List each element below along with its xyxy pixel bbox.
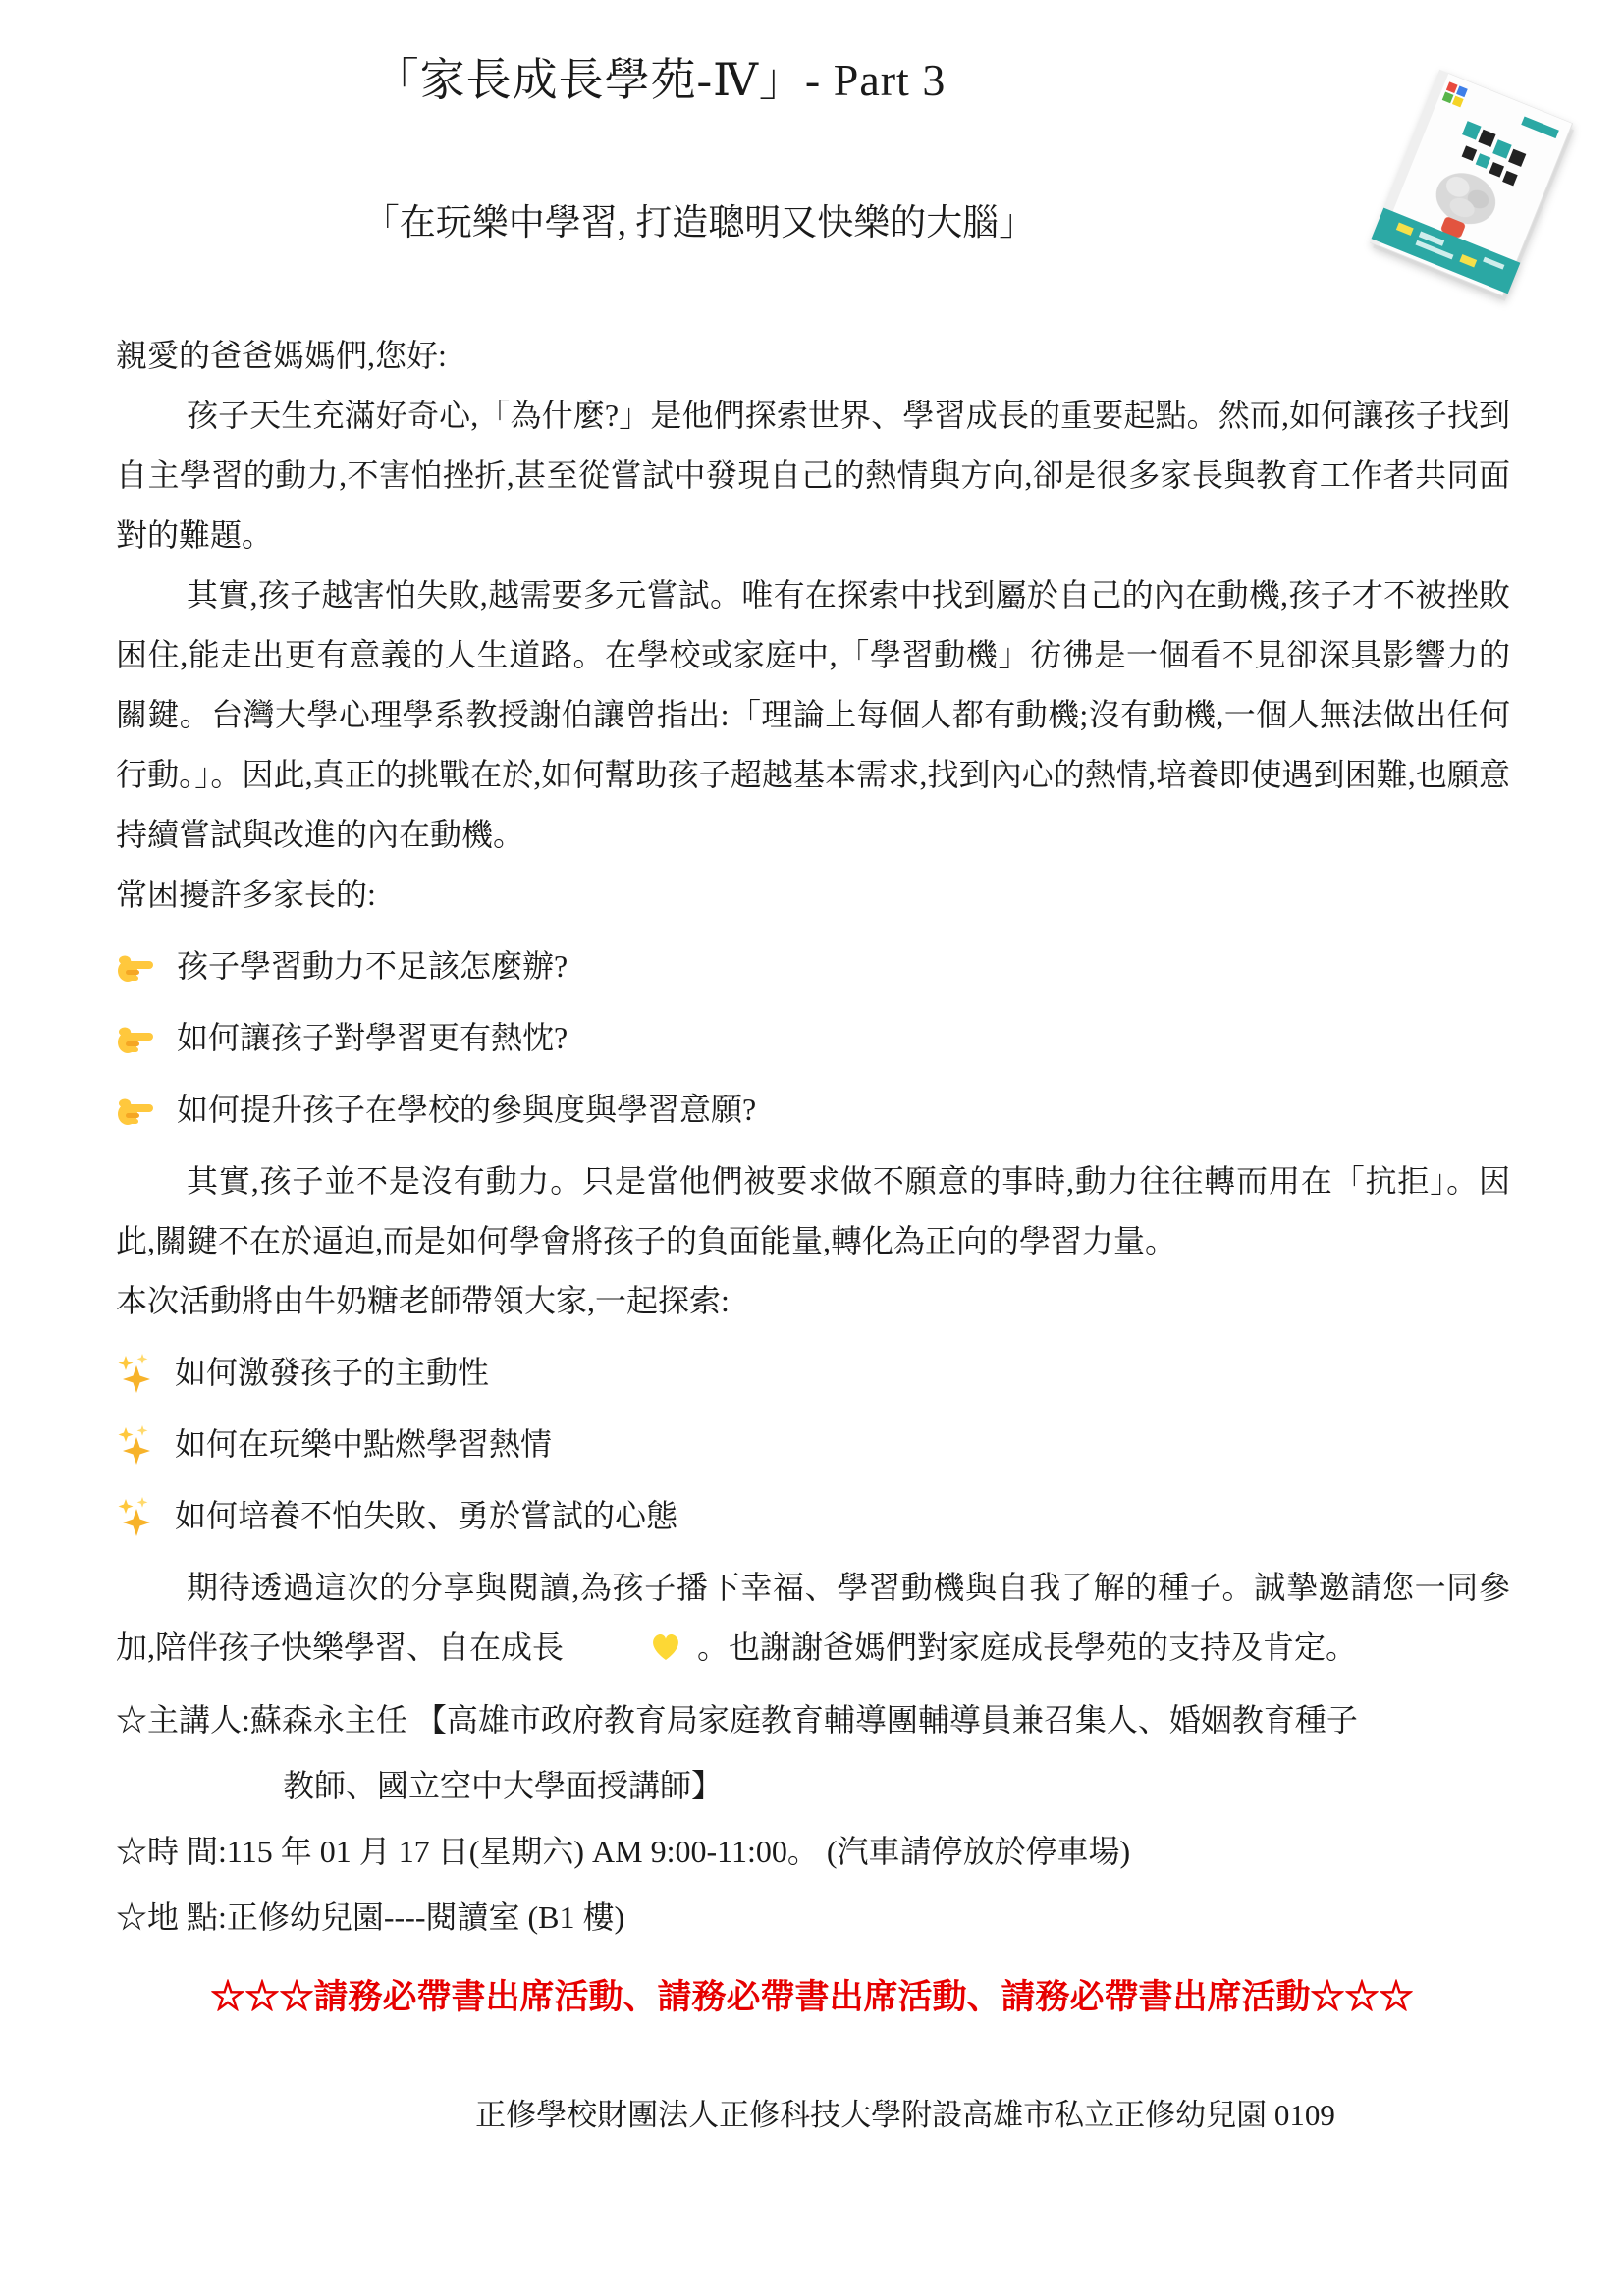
concern-item: 如何讓孩子對學習更有熱忱? [116,1008,1510,1068]
concern-text: 孩子學習動力不足該怎麼辦? [177,936,568,996]
explore-item: 如何激發孩子的主動性 [116,1343,1510,1403]
paragraph-resistance: 其實,孩子並不是沒有動力。只是當他們被要求做不願意的事時,動力往往轉而用在「抗拒… [116,1151,1510,1271]
explore-item: 如何在玩樂中點燃學習熱情 [116,1415,1510,1474]
explore-text: 如何培養不怕失敗、勇於嘗試的心態 [175,1486,677,1546]
flyer-page: 「家長成長學苑-Ⅳ」- Part 3 「在玩樂中學習, 打造聰明又快樂的大腦」 … [0,0,1624,2296]
pointing-right-hand-icon [116,948,155,986]
explore-intro-line: 本次活動將由牛奶糖老師帶領大家,一起探索: [116,1271,1510,1331]
explore-text: 如何激發孩子的主動性 [175,1343,489,1403]
place-line: ☆地 點:正修幼兒園----閱讀室 (B1 樓) [116,1885,1510,1950]
concern-item: 如何提升孩子在學校的參與度與學習意願? [116,1080,1510,1140]
sparkles-icon [116,1423,153,1467]
explore-text: 如何在玩樂中點燃學習熱情 [175,1415,552,1474]
paragraph-motivation: 其實,孩子越害怕失敗,越需要多元嘗試。唯有在探索中找到屬於自己的內在動機,孩子才… [116,565,1510,865]
sparkles-icon [116,1495,153,1538]
page-title: 「家長成長學苑-Ⅳ」- Part 3 [0,0,1624,110]
pointing-right-hand-icon [116,1020,155,1057]
concern-text: 如何讓孩子對學習更有熱忱? [177,1008,568,1068]
paragraph-curiosity: 孩子天生充滿好奇心,「為什麼?」是他們探索世界、學習成長的重要起點。然而,如何讓… [116,386,1510,565]
concern-item: 孩子學習動力不足該怎麼辦? [116,936,1510,996]
explore-item: 如何培養不怕失敗、勇於嘗試的心態 [116,1486,1510,1546]
event-details: ☆主講人:蘇森永主任 【高雄市政府教育局家庭教育輔導團輔導員兼召集人、婚姻教育種… [116,1687,1510,1950]
yellow-heart-icon [577,1622,683,1682]
sparkles-icon [116,1352,153,1395]
letter-body: 親愛的爸爸媽媽們,您好: 孩子天生充滿好奇心,「為什麼?」是他們探索世界、學習成… [116,326,1510,1682]
speaker-line-continued: 教師、國立空中大學面授講師】 [116,1753,1510,1819]
bring-book-notice: ☆☆☆請務必帶書出席活動、請務必帶書出席活動、請務必帶書出席活動☆☆☆ [0,1976,1624,2019]
concerns-intro-line: 常困擾許多家長的: [116,865,1510,925]
organization-footer: 正修學校財團法人正修科技大學附設高雄市私立正修幼兒園 0109 [0,2090,1624,2134]
time-line: ☆時 間:115 年 01 月 17 日(星期六) AM 9:00-11:00。… [116,1819,1510,1885]
pointing-right-hand-icon [116,1092,155,1129]
greeting-line: 親愛的爸爸媽媽們,您好: [116,326,1510,386]
closing-text-after-heart: 。也謝謝爸媽們對家庭成長學苑的支持及肯定。 [697,1629,1357,1665]
closing-paragraph: 期待透過這次的分享與閱讀,為孩子播下幸福、學習動機與自我了解的種子。誠摯邀請您一… [116,1558,1510,1682]
speaker-line: ☆主講人:蘇森永主任 【高雄市政府教育局家庭教育輔導團輔導員兼召集人、婚姻教育種… [116,1687,1510,1753]
concern-text: 如何提升孩子在學校的參與度與學習意願? [177,1080,756,1140]
